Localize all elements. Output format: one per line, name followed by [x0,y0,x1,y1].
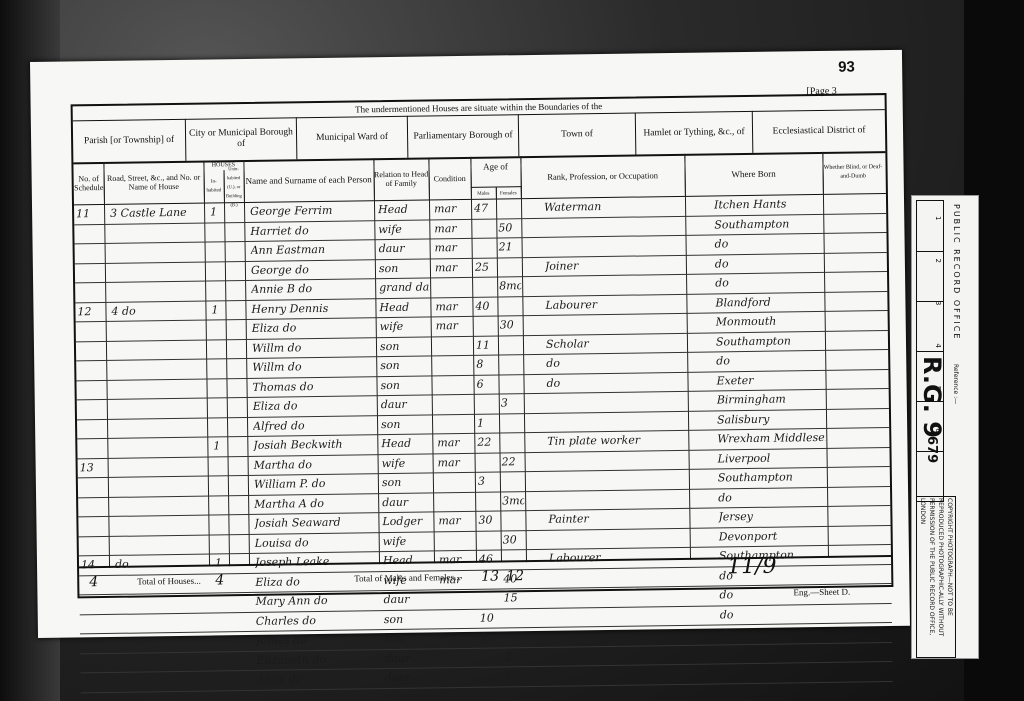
total-houses-label: Total of Houses... [137,567,201,596]
road-address [114,515,208,536]
sheet-label: Eng.—Sheet D. [793,587,850,598]
relation-to-head: Head [381,433,431,453]
relation-to-head: Head [378,199,428,219]
inhabited-count [212,339,226,359]
person-name: Eliza do [253,395,377,416]
road-address [114,495,208,516]
inhabited-count [212,378,226,398]
birthplace: Exeter [716,369,824,390]
marital-condition [438,472,474,492]
col-schedule: No. of Schedule [73,162,105,204]
occupation [550,625,690,646]
schedule-number: 13 [80,457,108,477]
inhabited-count [214,475,228,495]
marital-condition: mar [437,452,473,472]
age-female: 1 [504,666,526,686]
occupation [548,469,688,490]
copyright-notice: COPYRIGHT PHOTOGRAPH—NOT TO BE REPRODUCE… [916,496,956,658]
birthplace: do [720,623,828,644]
schedules-count: 4 [89,568,98,596]
inhabited-count [215,534,229,554]
birthplace: do [716,350,824,371]
inhabited-count [211,241,225,261]
relation-to-head: Head [379,297,429,317]
col-name: Name and Surname of each Person [243,158,375,202]
relation-to-head: daur [384,667,434,687]
inhabited-count [215,592,229,612]
marital-condition [436,355,472,375]
road-address [117,671,211,692]
marital-condition [436,374,472,394]
inhabited-count [211,261,225,281]
age-female [501,432,523,452]
birthplace: do [715,252,823,273]
col-occupation: Rank, Profession, or Occupation [520,154,686,198]
marital-condition: mar [438,511,474,531]
marital-condition [440,628,476,648]
occupation [549,527,689,548]
age-male [477,452,499,472]
piece-number: 679 [924,436,939,463]
age-female: 30 [500,315,522,335]
age-male: 30 [478,510,500,530]
person-name: Josiah Beckwith [253,434,377,455]
marital-condition [440,647,476,667]
age-female [504,627,526,647]
road-address [113,437,207,458]
marital-condition [440,667,476,687]
person-name: Henry Dennis [251,298,375,319]
occupation [550,664,690,685]
relation-to-head: daur [384,648,434,668]
district-hamlet: Hamlet or Tything, &c., of [636,111,754,155]
occupation: Scholar [546,332,686,353]
age-male: 3 [478,471,500,491]
birthplace: Birmingham [717,389,825,410]
birthplace: do [718,486,826,507]
schedule-number [78,340,106,360]
relation-to-head: son [380,375,430,395]
marital-condition [437,413,473,433]
marital-condition: mar [436,316,472,336]
age-female: 3mo [502,491,524,511]
schedule-number [79,399,107,419]
col-relation: Relation to Head of Family [373,157,430,200]
age-female [502,471,524,491]
census-table: The undermentioned Houses are situate wi… [71,93,894,598]
schedule-number [80,516,108,536]
age-male: 10 [480,608,502,628]
marital-condition [438,491,474,511]
age-male [479,530,501,550]
road-address [110,222,204,243]
age-female [500,374,522,394]
age-female: 50 [498,218,520,238]
tally-mark: 11/9 [727,554,777,580]
road-address [111,261,205,282]
age-female: 8mo [499,276,521,296]
relation-to-head: son [382,472,432,492]
age-male: 25 [475,257,497,277]
occupation [550,605,690,626]
relation-to-head: son [379,258,429,278]
person-name: Louisa do [255,532,379,553]
age-female: 22 [501,452,523,472]
relation-to-head: grand daur [379,277,429,297]
road-address [115,534,209,555]
birthplace: do [714,233,822,254]
relation-to-head: son [380,355,430,375]
marital-condition [436,335,472,355]
road-address [114,456,208,477]
birthplace: Blandford [715,291,823,312]
occupation: Labourer [545,293,685,314]
person-name: Josiah Seaward [254,512,378,533]
road-address: 3 Castle Lane [110,203,204,224]
district-city: City or Municipal Borough of [186,117,298,161]
age-female: 15 [503,588,525,608]
marital-condition: mar [434,218,470,238]
person-name: Eliza do [252,317,376,338]
total-persons-label: Total of Males and Females... [354,563,461,592]
reference-label: Reference :— [952,364,959,404]
marital-condition: mar [435,238,471,258]
birthplace: Wrexham Middlesex [717,428,825,449]
age-male [474,218,496,238]
inhabited-count [213,397,227,417]
birthplace: Salisbury [717,408,825,429]
age-female [504,608,526,628]
age-male: 8 [476,354,498,374]
person-name: Willm do [252,356,376,377]
census-page: 93 [Page 3 The undermentioned Houses are… [30,50,910,638]
reference-strip: PUBLIC RECORD OFFICE 123456 Reference :—… [911,195,979,659]
schedule-number [78,360,106,380]
person-name: Charles do [256,610,380,631]
birthplace: Monmouth [716,311,824,332]
road-address [113,398,207,419]
occupation [550,644,690,665]
occupation [547,410,687,431]
road-address [111,281,205,302]
schedule-number [79,418,107,438]
road-address [116,632,210,653]
person-name: George do [251,259,375,280]
road-address [112,320,206,341]
age-male [475,277,497,297]
age-male: 22 [477,432,499,452]
person-name: Martha do [254,454,378,475]
schedule-number [81,535,109,555]
inhabited-count [210,222,224,242]
age-female: 30 [503,530,525,550]
district-ward: Municipal Ward of [297,116,409,160]
birthplace: Liverpool [717,447,825,468]
schedule-number [82,613,110,633]
inhabited-count [214,495,228,515]
age-female [499,296,521,316]
schedule-number [77,262,105,282]
schedule-number [81,594,109,614]
occupation [547,391,687,412]
age-male: 6 [476,374,498,394]
marital-condition: mar [437,433,473,453]
birthplace: Itchen Hants [714,194,822,215]
age-male: 1 [477,413,499,433]
person-name: George Ferrim [250,200,374,221]
total-females: 12 [506,562,524,590]
age-male [478,491,500,511]
person-name: Elizabeth do [256,649,380,670]
road-address [116,612,210,633]
person-name: James do [256,629,380,650]
age-male [477,393,499,413]
age-male: 11 [476,335,498,355]
schedule-number [77,282,105,302]
marital-condition [435,277,471,297]
occupation [546,313,686,334]
district-parish: Parish [or Township] of [73,119,187,163]
age-female: 2 [504,647,526,667]
occupation: do [546,352,686,373]
birthplace: Devonport [719,525,827,546]
relation-to-head: wife [378,219,428,239]
occupation: Waterman [544,196,684,217]
inhabited-count: 1 [213,436,227,456]
col-blind: Whether Blind, or Deaf-and-Dumb [822,151,884,194]
marital-condition [439,589,475,609]
age-male [474,238,496,258]
schedule-number: 11 [76,204,104,224]
district-ecclesiastical: Ecclesiastical District of [753,109,886,153]
relation-to-head: son [384,609,434,629]
schedule-number [82,633,110,653]
inhabited-count [212,319,226,339]
inhabited-count [214,514,228,534]
birthplace: do [720,603,828,624]
person-name: William P. do [254,473,378,494]
inhabited-count [212,358,226,378]
relation-to-head: son [380,336,430,356]
inhabited-count [214,456,228,476]
schedule-number: 12 [77,301,105,321]
inhabited-count [211,280,225,300]
relation-to-head: daur [379,238,429,258]
birthplace: Southampton [718,467,826,488]
schedule-number [82,652,110,672]
person-name: Thomas do [252,376,376,397]
relation-to-head: son [384,628,434,648]
birthplace: do [715,272,823,293]
district-parliamentary: Parliamentary Borough of [408,114,520,158]
relation-to-head: daur [382,492,432,512]
occupation: Painter [548,508,688,529]
col-where-born: Where Born [684,152,824,196]
inhabited-count [216,631,230,651]
person-name: Anna do [257,668,381,689]
road-address: 4 do [111,300,205,321]
inhabited-count: 1 [211,300,225,320]
birthplace: Jersey [718,506,826,527]
relation-to-head: wife [380,316,430,336]
age-female [500,354,522,374]
series-code: R.G. 9 [918,356,946,438]
district-town: Town of [519,113,637,157]
person-name: Ann Eastman [251,239,375,260]
age-male: 40 [475,296,497,316]
marital-condition [439,530,475,550]
schedule-number [79,438,107,458]
occupation: Tin plate worker [547,430,687,451]
marital-condition [437,394,473,414]
age-male [480,666,502,686]
relation-to-head: wife [382,453,432,473]
schedule-number [83,672,111,692]
folio-number: 93 [838,58,855,75]
inhabited-count [217,670,231,690]
person-name: Martha A do [254,493,378,514]
age-female: 3 [501,393,523,413]
road-address [114,476,208,497]
inhabited-count [213,417,227,437]
person-name: Alfred do [253,415,377,436]
age-female [501,413,523,433]
col-inhabited: In-habited [204,170,225,202]
road-address [111,242,205,263]
relation-to-head: son [381,414,431,434]
occupation [544,215,684,236]
birthplace: do [720,642,828,663]
age-male [479,588,501,608]
age-female [500,335,522,355]
person-name: Willm do [252,337,376,358]
col-condition: Condition [428,157,472,200]
relation-to-head: daur [381,394,431,414]
birthplace: Southampton [714,213,822,234]
road-address [116,651,210,672]
relation-to-head: daur [383,589,433,609]
inhabited-count: 1 [210,202,224,222]
marital-condition [440,608,476,628]
marital-condition: mar [434,199,470,219]
age-male: 47 [474,199,496,219]
inhabited-count [216,651,230,671]
schedule-number [78,321,106,341]
col-uninhabited: Unin-habited (U.), or Building (B.) [224,170,245,202]
person-name: Harriet do [250,220,374,241]
age-male: 7 [480,627,502,647]
birthplace: Southampton [716,330,824,351]
schedule-number [80,477,108,497]
occupation [544,235,684,256]
road-address [112,378,206,399]
schedule-number [80,496,108,516]
inhabited-count [216,612,230,632]
relation-to-head: Lodger [382,511,432,531]
total-males: 13 [481,563,499,591]
age-female: 21 [498,237,520,257]
occupation: do [546,371,686,392]
marital-condition: mar [435,257,471,277]
occupation [547,449,687,470]
road-address [112,339,206,360]
col-road: Road, Street, &c., and No. or Name of Ho… [103,161,205,204]
office-label: PUBLIC RECORD OFFICE [952,204,961,340]
schedule-number [77,243,105,263]
age-female [498,198,520,218]
occupation [548,488,688,509]
birthplace [720,662,828,683]
road-address [112,359,206,380]
schedule-number [76,223,104,243]
person-name: Annie B do [251,278,375,299]
age-female [499,257,521,277]
age-male [480,647,502,667]
age-male [476,315,498,335]
relation-to-head: wife [383,531,433,551]
occupation [545,274,685,295]
total-houses-value: 4 [215,566,224,594]
road-address [113,417,207,438]
age-female [502,510,524,530]
marital-condition: mar [435,296,471,316]
occupation: Joiner [545,254,685,275]
schedule-number [78,379,106,399]
